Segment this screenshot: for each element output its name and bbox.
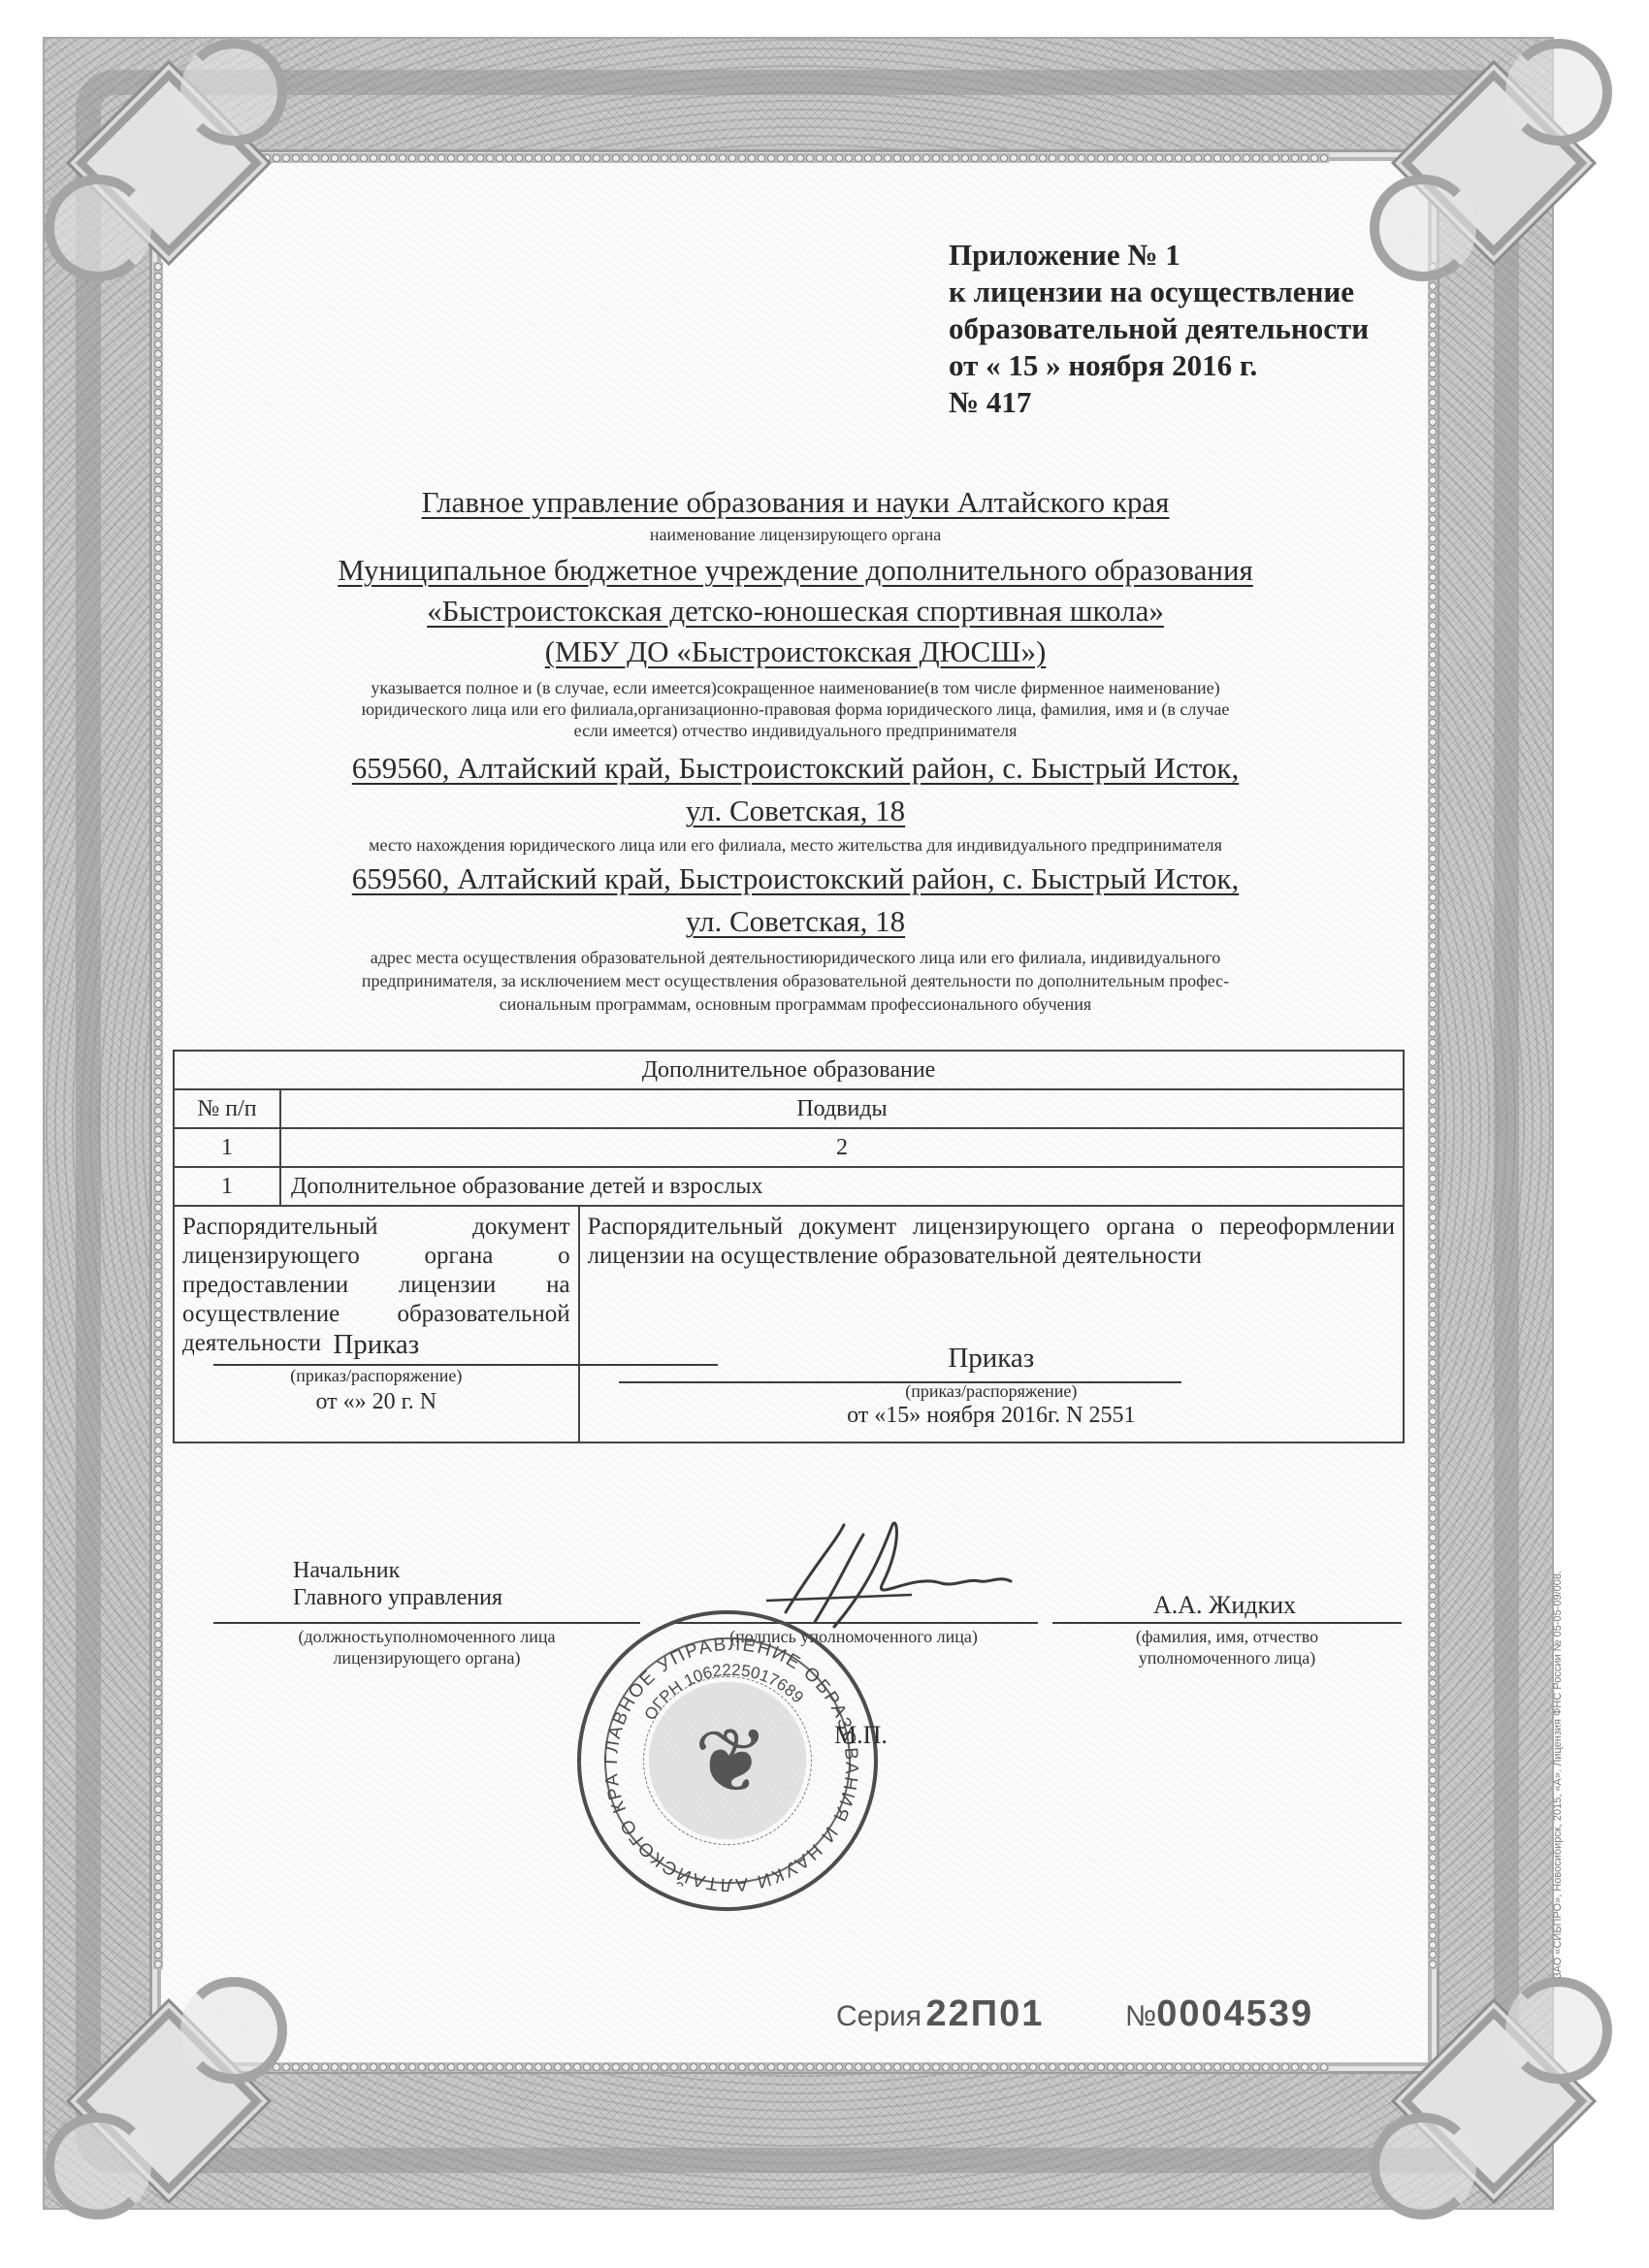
appendix-line: к лицензии на осуществление xyxy=(949,274,1414,310)
order-issue-date: от «» 20 г. N xyxy=(175,1389,578,1415)
licensing-body-caption: наименование лицензирующего органа xyxy=(165,524,1426,545)
series-value: 22П01 xyxy=(926,1993,1045,2034)
licensee-caption: юридического лица или его филиала,органи… xyxy=(165,698,1426,720)
index-col-2: 2 xyxy=(280,1128,1404,1167)
licensing-body-name: Главное управление образования и науки А… xyxy=(422,485,1170,519)
order-reissue-caption: (приказ/распоряжение) xyxy=(580,1381,1403,1402)
signer-position-line: Начальник xyxy=(293,1557,502,1584)
position-caption-line: лицензирующего органа) xyxy=(213,1647,640,1669)
position-underline xyxy=(213,1622,640,1624)
licensee-section: Муниципальное бюджетное учреждение допол… xyxy=(165,553,1426,741)
table-title: Дополнительное образование xyxy=(174,1051,1404,1089)
order-reissue-date: от «15» ноября 2016г. N 2551 xyxy=(580,1403,1403,1429)
coat-of-arms-icon: ❦ xyxy=(678,1703,785,1820)
form-number: №0004539 xyxy=(1125,1993,1313,2035)
number-value: 0004539 xyxy=(1156,1993,1313,2034)
order-issue-type: Приказ xyxy=(175,1329,578,1361)
order-issue-cell: Распорядительный документ лицензирующего… xyxy=(174,1206,579,1442)
name-caption: (фамилия, имя, отчество уполномоченного … xyxy=(1052,1626,1402,1669)
row-subtype: Дополнительное образование детей и взрос… xyxy=(280,1167,1404,1206)
index-col-1: 1 xyxy=(174,1128,280,1167)
form-series: Серия 22П01 xyxy=(836,1993,1044,2035)
appendix-line: образовательной деятельности xyxy=(949,310,1414,347)
order-reissue-cell: Распорядительный документ лицензирующего… xyxy=(579,1206,1404,1442)
position-caption: (должностьуполномоченного лица лицензиру… xyxy=(213,1626,640,1669)
order-reissue-description: Распорядительный документ лицензирующего… xyxy=(580,1207,1403,1271)
licensee-short-name: (МБУ ДО «Быстроистокская ДЮСШ») xyxy=(545,634,1047,668)
header-subtypes: Подвиды xyxy=(280,1089,1404,1128)
corner-ornament-icon xyxy=(1360,1967,1612,2219)
signer-position: Начальник Главного управления xyxy=(293,1557,502,1611)
appendix-date: от « 15 » ноября 2016 г. xyxy=(949,347,1414,384)
beaded-rail-top xyxy=(262,153,1329,163)
corner-ornament-icon xyxy=(35,29,287,281)
licensee-name-line: Муниципальное бюджетное учреждение допол… xyxy=(338,553,1253,587)
seal-place-mark: М.П. xyxy=(834,1721,888,1750)
order-reissue-type: Приказ xyxy=(580,1343,1403,1375)
activity-address-line: ул. Советская, 18 xyxy=(686,904,905,938)
row-number: 1 xyxy=(174,1167,280,1206)
printer-imprint: ЗАО «СИБПРО», Новосибирск, 2015, «А». Ли… xyxy=(1552,1436,1564,1979)
licensing-body-section: Главное управление образования и науки А… xyxy=(165,485,1426,545)
activity-address-caption: предпринимателя, за исключением мест осу… xyxy=(165,970,1426,991)
appendix-title: Приложение № 1 xyxy=(949,237,1414,274)
legal-address-section: 659560, Алтайский край, Быстроистокский … xyxy=(165,751,1426,856)
activity-address-caption: сиональным программам, основным программ… xyxy=(165,993,1426,1015)
order-issue-caption: (приказ/распоряжение) xyxy=(175,1366,578,1386)
name-caption-line: уполномоченного лица) xyxy=(1052,1647,1402,1669)
legal-address-caption: место нахождения юридического лица или е… xyxy=(165,834,1426,856)
table-row: 1 Дополнительное образование детей и взр… xyxy=(174,1167,1404,1206)
beaded-rail-bottom xyxy=(262,2062,1329,2072)
licensee-name-line: «Быстроистокская детско-юношеская спорти… xyxy=(427,594,1164,628)
activity-address-caption: адрес места осуществления образовательно… xyxy=(165,947,1426,968)
corner-ornament-icon xyxy=(35,1967,287,2219)
signer-name: А.А. Жидких xyxy=(1048,1591,1402,1620)
position-caption-line: (должностьуполномоченного лица xyxy=(213,1626,640,1647)
name-caption-line: (фамилия, имя, отчество xyxy=(1052,1626,1402,1647)
appendix-heading: Приложение № 1 к лицензии на осуществлен… xyxy=(949,237,1414,421)
legal-address-line: ул. Советская, 18 xyxy=(686,794,905,827)
education-table: Дополнительное образование № п/п Подвиды… xyxy=(173,1050,1405,1443)
name-underline xyxy=(1052,1622,1402,1624)
appendix-number: № 417 xyxy=(949,384,1414,421)
number-label: № xyxy=(1125,2000,1156,2032)
activity-address-section: 659560, Алтайский край, Быстроистокский … xyxy=(165,861,1426,1015)
beaded-rail-left xyxy=(153,262,163,1969)
signer-position-line: Главного управления xyxy=(293,1584,502,1611)
legal-address-line: 659560, Алтайский край, Быстроистокский … xyxy=(352,751,1239,785)
official-seal: ГЛАВНОЕ УПРАВЛЕНИЕ ОБРАЗОВАНИЯ И НАУКИ А… xyxy=(577,1610,878,1911)
header-number: № п/п xyxy=(174,1089,280,1128)
series-label: Серия xyxy=(836,2000,921,2032)
licensee-caption: если имеется) отчество индивидуального п… xyxy=(165,720,1426,741)
licensee-caption: указывается полное и (в случае, если име… xyxy=(165,677,1426,698)
activity-address-line: 659560, Алтайский край, Быстроистокский … xyxy=(352,861,1239,895)
beaded-rail-right xyxy=(1428,262,1438,1969)
